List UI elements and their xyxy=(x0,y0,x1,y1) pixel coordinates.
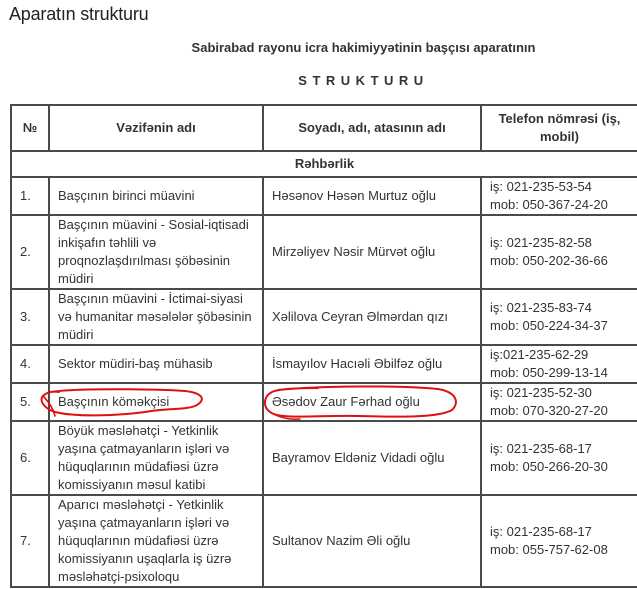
position-cell: Böyük məsləhətçi - Yetkinlik yaşına çatm… xyxy=(49,421,263,495)
phone-cell: iş:021-235-62-29mob: 050-299-13-14 xyxy=(481,345,637,383)
mobile-phone: mob: 050-224-34-37 xyxy=(490,317,629,335)
row-number: 6. xyxy=(11,421,49,495)
table-header-row: № Vəzifənin adı Soyadı, adı, atasının ad… xyxy=(11,105,637,151)
table-row-highlighted: 5. Başçının köməkçisi Əsədov Zaur Fərhad… xyxy=(11,383,637,421)
phone-cell: iş: 021-235-53-54mob: 050-367-24-20 xyxy=(481,177,637,215)
document-title: STRUKTURU xyxy=(0,73,637,88)
name-cell: Bayramov Eldəniz Vidadi oğlu xyxy=(263,421,481,495)
name-cell: Həsənov Həsən Murtuz oğlu xyxy=(263,177,481,215)
mobile-phone: mob: 050-202-36-66 xyxy=(490,252,629,270)
column-header-position: Vəzifənin adı xyxy=(49,105,263,151)
table-row: 7. Aparıcı məsləhətçi - Yetkinlik yaşına… xyxy=(11,495,637,587)
position-cell: Başçının müavini - Sosial-iqtisadi inkiş… xyxy=(49,215,263,289)
column-header-number: № xyxy=(11,105,49,151)
name-cell: Sultanov Nazim Əli oğlu xyxy=(263,495,481,587)
mobile-phone: mob: 050-266-20-30 xyxy=(490,458,629,476)
name-cell: Mirzəliyev Nəsir Mürvət oğlu xyxy=(263,215,481,289)
work-phone: iş: 021-235-68-17 xyxy=(490,440,629,458)
work-phone: iş: 021-235-68-17 xyxy=(490,523,629,541)
row-number: 7. xyxy=(11,495,49,587)
position-cell: Başçının müavini - İctimai-siyasi və hum… xyxy=(49,289,263,345)
mobile-phone: mob: 050-367-24-20 xyxy=(490,196,629,214)
name-cell: Əsədov Zaur Fərhad oğlu xyxy=(263,383,481,421)
section-label: Rəhbərlik xyxy=(11,151,637,177)
table-row: 6. Böyük məsləhətçi - Yetkinlik yaşına ç… xyxy=(11,421,637,495)
row-number: 5. xyxy=(11,383,49,421)
work-phone: iş: 021-235-82-58 xyxy=(490,234,629,252)
section-row: Rəhbərlik xyxy=(11,151,637,177)
table-row: 3. Başçının müavini - İctimai-siyasi və … xyxy=(11,289,637,345)
column-header-full-name: Soyadı, adı, atasının adı xyxy=(263,105,481,151)
phone-cell: iş: 021-235-82-58mob: 050-202-36-66 xyxy=(481,215,637,289)
row-number: 2. xyxy=(11,215,49,289)
work-phone: iş: 021-235-52-30 xyxy=(490,384,629,402)
name-cell: Xəlilova Ceyran Əlmərdan qızı xyxy=(263,289,481,345)
page-title: Aparatın strukturu xyxy=(9,4,148,25)
phone-cell: iş: 021-235-68-17mob: 050-266-20-30 xyxy=(481,421,637,495)
work-phone: iş:021-235-62-29 xyxy=(490,346,629,364)
position-cell: Başçının köməkçisi xyxy=(49,383,263,421)
table-row: 1. Başçının birinci müavini Həsənov Həsə… xyxy=(11,177,637,215)
row-number: 3. xyxy=(11,289,49,345)
organization-title: Sabirabad rayonu icra hakimiyyətinin baş… xyxy=(0,40,637,55)
phone-cell: iş: 021-235-52-30mob: 070-320-27-20 xyxy=(481,383,637,421)
phone-cell: iş: 021-235-68-17mob: 055-757-62-08 xyxy=(481,495,637,587)
row-number: 1. xyxy=(11,177,49,215)
position-cell: Aparıcı məsləhətçi - Yetkinlik yaşına ça… xyxy=(49,495,263,587)
structure-table: № Vəzifənin adı Soyadı, adı, atasının ad… xyxy=(10,104,637,588)
mobile-phone: mob: 050-299-13-14 xyxy=(490,364,629,382)
mobile-phone: mob: 055-757-62-08 xyxy=(490,541,629,559)
table-row: 4. Sektor müdiri-baş mühasib İsmayılov H… xyxy=(11,345,637,383)
position-cell: Başçının birinci müavini xyxy=(49,177,263,215)
position-cell: Sektor müdiri-baş mühasib xyxy=(49,345,263,383)
column-header-phone: Telefon nömrəsi (iş, mobil) xyxy=(481,105,637,151)
phone-cell: iş: 021-235-83-74mob: 050-224-34-37 xyxy=(481,289,637,345)
name-cell: İsmayılov Hacıəli Əbilfəz oğlu xyxy=(263,345,481,383)
mobile-phone: mob: 070-320-27-20 xyxy=(490,402,629,420)
work-phone: iş: 021-235-83-74 xyxy=(490,299,629,317)
row-number: 4. xyxy=(11,345,49,383)
work-phone: iş: 021-235-53-54 xyxy=(490,178,629,196)
table-row: 2. Başçının müavini - Sosial-iqtisadi in… xyxy=(11,215,637,289)
